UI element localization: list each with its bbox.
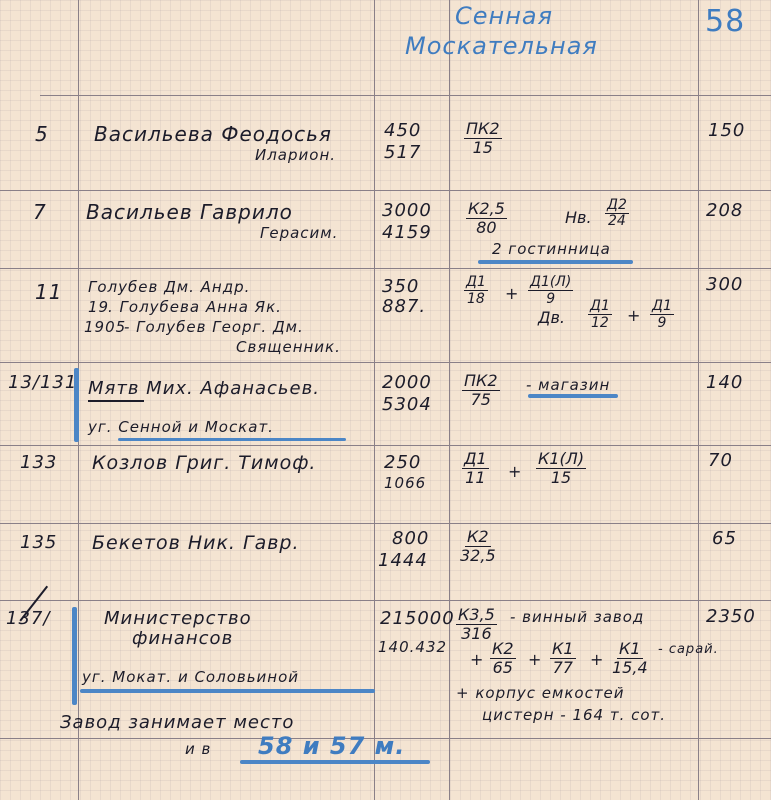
value-bottom: 517 — [384, 142, 421, 163]
owner-name: Голубев Дм. Андр. — [88, 278, 250, 296]
fraction-numerator: К2 — [465, 528, 491, 547]
building-fraction: К232,5 — [460, 528, 496, 565]
value-bottom: 1444 — [378, 550, 428, 571]
fraction-numerator: Д1 — [462, 450, 489, 469]
row-divider — [0, 600, 771, 601]
owner-name: Васильева Феодосья — [94, 122, 332, 146]
fraction-numerator: Д1 — [650, 298, 674, 315]
fraction-numerator: Д1 — [588, 298, 612, 315]
value-bottom: 4159 — [382, 222, 432, 243]
footer-note-line1: Завод занимает место — [60, 712, 294, 733]
plus-operator: + — [590, 650, 603, 669]
ledger-page: Сенная Москательная 58 5 Васильева Феодо… — [0, 0, 771, 800]
owner-name-prefix: 1905 — [84, 318, 126, 336]
rate-value: 208 — [706, 200, 743, 221]
owner-name: Министерство — [104, 608, 252, 629]
blue-underline — [118, 438, 346, 441]
row-note: - магазин — [526, 376, 610, 394]
row-note: 2 гостинница — [492, 240, 611, 258]
value-top: 250 — [384, 452, 421, 473]
value-bottom: 5304 — [382, 394, 432, 415]
blue-margin-bar — [74, 368, 79, 442]
house-number: 13/131 — [8, 372, 77, 393]
fraction-denominator: 15 — [473, 139, 493, 157]
fraction-denominator: 15 — [551, 469, 571, 487]
page-number: 58 — [705, 4, 745, 39]
building-fraction: ПК215 — [464, 120, 502, 157]
building-fraction: Д118 — [464, 274, 488, 307]
rate-value: 65 — [712, 528, 737, 549]
fraction-numerator: ПК2 — [464, 120, 502, 139]
fraction-numerator: Д1(Л) — [528, 274, 573, 291]
fraction-numerator: К1 — [617, 640, 643, 659]
owner-name-cont: финансов — [132, 628, 233, 649]
row-divider — [0, 362, 771, 363]
house-number: 135 — [20, 532, 57, 553]
plus-operator: + — [505, 284, 518, 303]
fraction-denominator: 75 — [471, 391, 491, 409]
row-divider — [0, 268, 771, 269]
column-divider — [374, 0, 375, 800]
fraction-denominator: 9 — [657, 315, 666, 331]
fraction-denominator: 9 — [546, 291, 555, 307]
rate-value: 300 — [706, 274, 743, 295]
owner-occupation: Священник. — [236, 338, 341, 356]
row-divider — [40, 95, 771, 96]
building-fraction: Д19 — [650, 298, 674, 331]
fraction-numerator: К2 — [490, 640, 516, 659]
row-divider — [0, 445, 771, 446]
fraction-denominator: 77 — [553, 659, 573, 677]
fraction-numerator: Д2 — [605, 198, 629, 214]
value-top: 3000 — [382, 200, 432, 221]
rate-value: 70 — [708, 450, 733, 471]
house-number: 7 — [33, 200, 47, 224]
owner-name: Мятв Мих. Афанасьев. — [88, 378, 320, 399]
row-note: + корпус емкостей — [456, 684, 625, 702]
plus-operator: + — [627, 306, 640, 325]
fraction-denominator: 15,4 — [612, 659, 648, 677]
footer-note-prefix: и в — [185, 740, 211, 758]
footer-note-highlight: 58 и 57 м. — [258, 732, 405, 760]
value-top: 450 — [384, 120, 421, 141]
value-top: 2000 — [382, 372, 432, 393]
house-number: 11 — [35, 280, 62, 304]
name-underline — [88, 400, 144, 402]
owner-address: уг. Сенной и Москат. — [88, 418, 274, 436]
building-prefix: Дв. — [538, 308, 565, 327]
fraction-denominator: 24 — [608, 214, 626, 229]
building-fraction: К1(Л)15 — [536, 450, 586, 487]
value-top: 800 — [392, 528, 429, 549]
fraction-denominator: 32,5 — [460, 547, 496, 565]
building-fraction: Д111 — [462, 450, 489, 487]
fraction-denominator: 18 — [467, 291, 485, 307]
building-fraction: К2,580 — [466, 200, 507, 237]
building-fraction: К3,5316 — [456, 606, 497, 643]
value-top: 350 — [382, 276, 419, 297]
rate-value: 140 — [706, 372, 743, 393]
owner-name: Бекетов Ник. Гавр. — [92, 532, 300, 554]
fraction-numerator: Д1 — [464, 274, 488, 291]
plus-operator: + — [470, 650, 483, 669]
fraction-numerator: ПК2 — [462, 372, 500, 391]
row-divider — [0, 190, 771, 191]
column-divider — [698, 0, 699, 800]
owner-name: Козлов Григ. Тимоф. — [92, 452, 316, 474]
owner-name-cont: Иларион. — [255, 146, 336, 164]
row-note: - винный завод — [510, 608, 644, 626]
blue-underline — [80, 689, 375, 693]
column-divider — [449, 0, 450, 800]
building-fraction: К265 — [490, 640, 516, 677]
building-fraction: К115,4 — [612, 640, 648, 677]
house-number: 5 — [35, 122, 49, 146]
value-top: 215000 — [380, 608, 455, 629]
fraction-denominator: 11 — [465, 469, 485, 487]
blue-underline — [528, 394, 618, 398]
fraction-denominator: 80 — [476, 219, 496, 237]
fraction-denominator: 12 — [591, 315, 609, 331]
owner-name-cont: Герасим. — [260, 224, 338, 242]
row-divider — [0, 523, 771, 524]
row-note: цистерн - 164 т. сот. — [482, 706, 666, 724]
fraction-denominator: 65 — [493, 659, 513, 677]
street-name-line1: Сенная — [455, 2, 553, 30]
fraction-numerator: К1(Л) — [536, 450, 586, 469]
street-name-line2: Москательная — [405, 32, 598, 60]
building-fraction: Д224 — [605, 198, 629, 229]
value-bottom: 887. — [382, 296, 426, 317]
blue-underline — [478, 260, 633, 264]
owner-name-cont: . Голубева Анна Як. — [108, 298, 282, 316]
plus-operator: + — [528, 650, 541, 669]
owner-name-cont: - Голубев Георг. Дм. — [124, 318, 304, 336]
fraction-denominator: 316 — [461, 625, 492, 643]
owner-name: Васильев Гаврило — [86, 200, 293, 224]
owner-name-prefix: 19 — [88, 298, 109, 316]
fraction-numerator: К1 — [550, 640, 576, 659]
building-fraction: Д112 — [588, 298, 612, 331]
building-prefix: Нв. — [565, 208, 592, 227]
owner-address: уг. Мокат. и Соловьиной — [82, 668, 299, 686]
rate-value: 150 — [708, 120, 745, 141]
plus-operator: + — [508, 462, 521, 481]
building-fraction: К177 — [550, 640, 576, 677]
building-fraction: Д1(Л)9 — [528, 274, 573, 307]
building-fraction: ПК275 — [462, 372, 500, 409]
blue-margin-bar — [72, 607, 77, 705]
value-bottom: 1066 — [384, 474, 426, 492]
value-bottom: 140.432 — [378, 638, 447, 656]
rate-value: 2350 — [706, 606, 756, 627]
fraction-numerator: К3,5 — [456, 606, 497, 625]
house-number: 133 — [20, 452, 57, 473]
row-note: - сарай. — [658, 642, 719, 657]
blue-underline — [240, 760, 430, 764]
fraction-numerator: К2,5 — [466, 200, 507, 219]
